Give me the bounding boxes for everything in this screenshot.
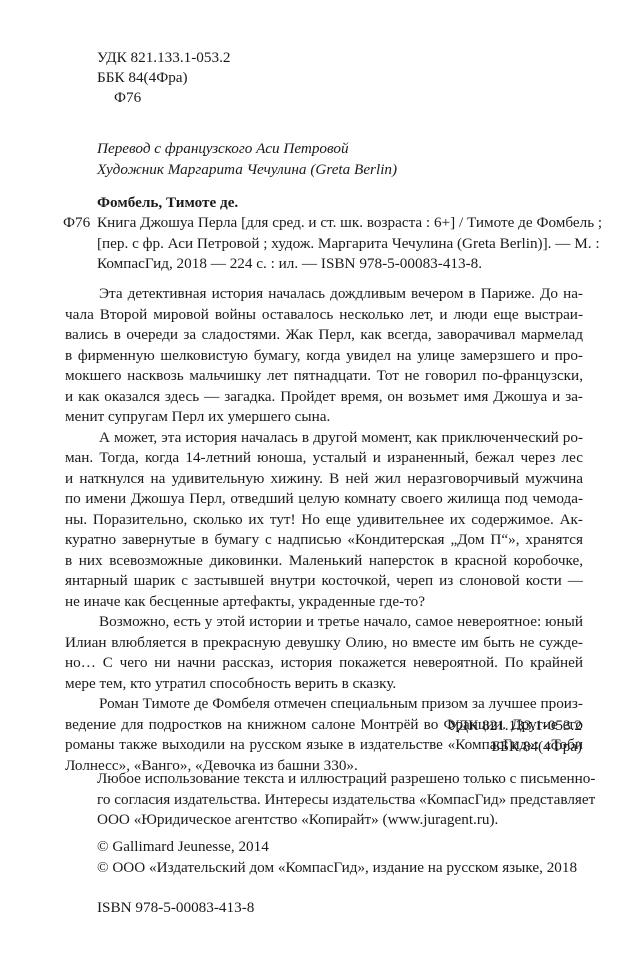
annotation-paragraph: Эта детективная история началась дождлив… (65, 284, 583, 428)
bib-line: [пер. с фр. Аси Петровой ; худож. Маргар… (97, 234, 582, 255)
udk-code-bottom: УДК 821.133.1-053.2 (449, 716, 582, 735)
text-line: менит супругам Перл их умершего сына. (65, 407, 583, 428)
text-line: вались в очереди за сладостями. Жак Перл… (65, 325, 583, 346)
text-line: по имени Джошуа Перл, отведший целую ком… (65, 489, 583, 510)
text-line: чала Второй мировой войны оставалось нес… (65, 305, 583, 326)
annotation: Эта детективная история началась дождлив… (65, 284, 583, 776)
text-line: янтарный шарик с застывшей внутри косточ… (65, 571, 583, 592)
copyright-original: © Gallimard Jeunesse, 2014 (97, 837, 269, 856)
udk-code: УДК 821.133.1-053.2 (97, 48, 230, 67)
translator-credit: Перевод с французского Аси Петровой (97, 139, 349, 158)
text-line: А может, эта история началась в другой м… (65, 428, 583, 449)
bib-line: Книга Джошуа Перла [для сред. и ст. шк. … (97, 213, 582, 234)
copyright-russian: © ООО «Издательский дом «КомпасГид», изд… (97, 858, 577, 877)
bib-author: Фомбель, Тимоте де. (97, 193, 238, 212)
annotation-paragraph: А может, эта история началась в другой м… (65, 428, 583, 613)
text-line: Возможно, есть у этой истории и третье н… (65, 612, 583, 633)
text-line: го согласия издательства. Интересы издат… (97, 790, 582, 811)
imprint-page: УДК 821.133.1-053.2 ББК 84(4Фра) Ф76 Пер… (0, 0, 627, 959)
text-line: но… С чего ни начни рассказ, история пок… (65, 653, 583, 674)
text-line: и наткнулся на удивительную хижину. В не… (65, 469, 583, 490)
text-line: куратно завернутые в бумагу с надписью «… (65, 530, 583, 551)
text-line: не иначе как бесценные артефакты, украде… (65, 592, 583, 613)
text-line: мере тем, кто утратил способность верить… (65, 674, 583, 695)
text-line: ООО «Юридическое агентство «Копирайт» (w… (97, 810, 582, 831)
text-line: Роман Тимоте де Фомбеля отмечен специаль… (65, 694, 583, 715)
text-line: Эта детективная история началась дождлив… (65, 284, 583, 305)
text-line: мокшего насквозь мальчишку лет пятнадцат… (65, 366, 583, 387)
annotation-paragraph: Роман Тимоте де Фомбеля отмечен специаль… (65, 694, 583, 776)
text-line: Илиан влюбляется в прекрасную девушку Ол… (65, 633, 583, 654)
bib-line: КомпасГид, 2018 — 224 с. : ил. — ISBN 97… (97, 254, 582, 275)
text-line: и как оказался здесь — загадка. Пройдет … (65, 387, 583, 408)
author-mark: Ф76 (114, 88, 141, 107)
bibliographic-record: Книга Джошуа Перла [для сред. и ст. шк. … (97, 213, 582, 275)
rights-notice: Любое использование текста и иллюстраций… (97, 769, 582, 831)
bib-author-mark: Ф76 (63, 213, 90, 232)
bbk-code-bottom: ББК 84(4Фра) (491, 737, 582, 756)
text-line: Любое использование текста и иллюстраций… (97, 769, 582, 790)
text-line: ман. Тогда, когда 14-летний юноша, устал… (65, 448, 583, 469)
bbk-code: ББК 84(4Фра) (97, 68, 188, 87)
text-line: в них всевозможные диковинки. Маленький … (65, 551, 583, 572)
text-line: в фирменную шелковистую бумагу, когда ув… (65, 346, 583, 367)
annotation-paragraph: Возможно, есть у этой истории и третье н… (65, 612, 583, 694)
text-line: ны. Поразительно, сколько их тут! Но еще… (65, 510, 583, 531)
isbn: ISBN 978-5-00083-413-8 (97, 898, 254, 917)
artist-credit: Художник Маргарита Чечулина (Greta Berli… (97, 160, 397, 179)
